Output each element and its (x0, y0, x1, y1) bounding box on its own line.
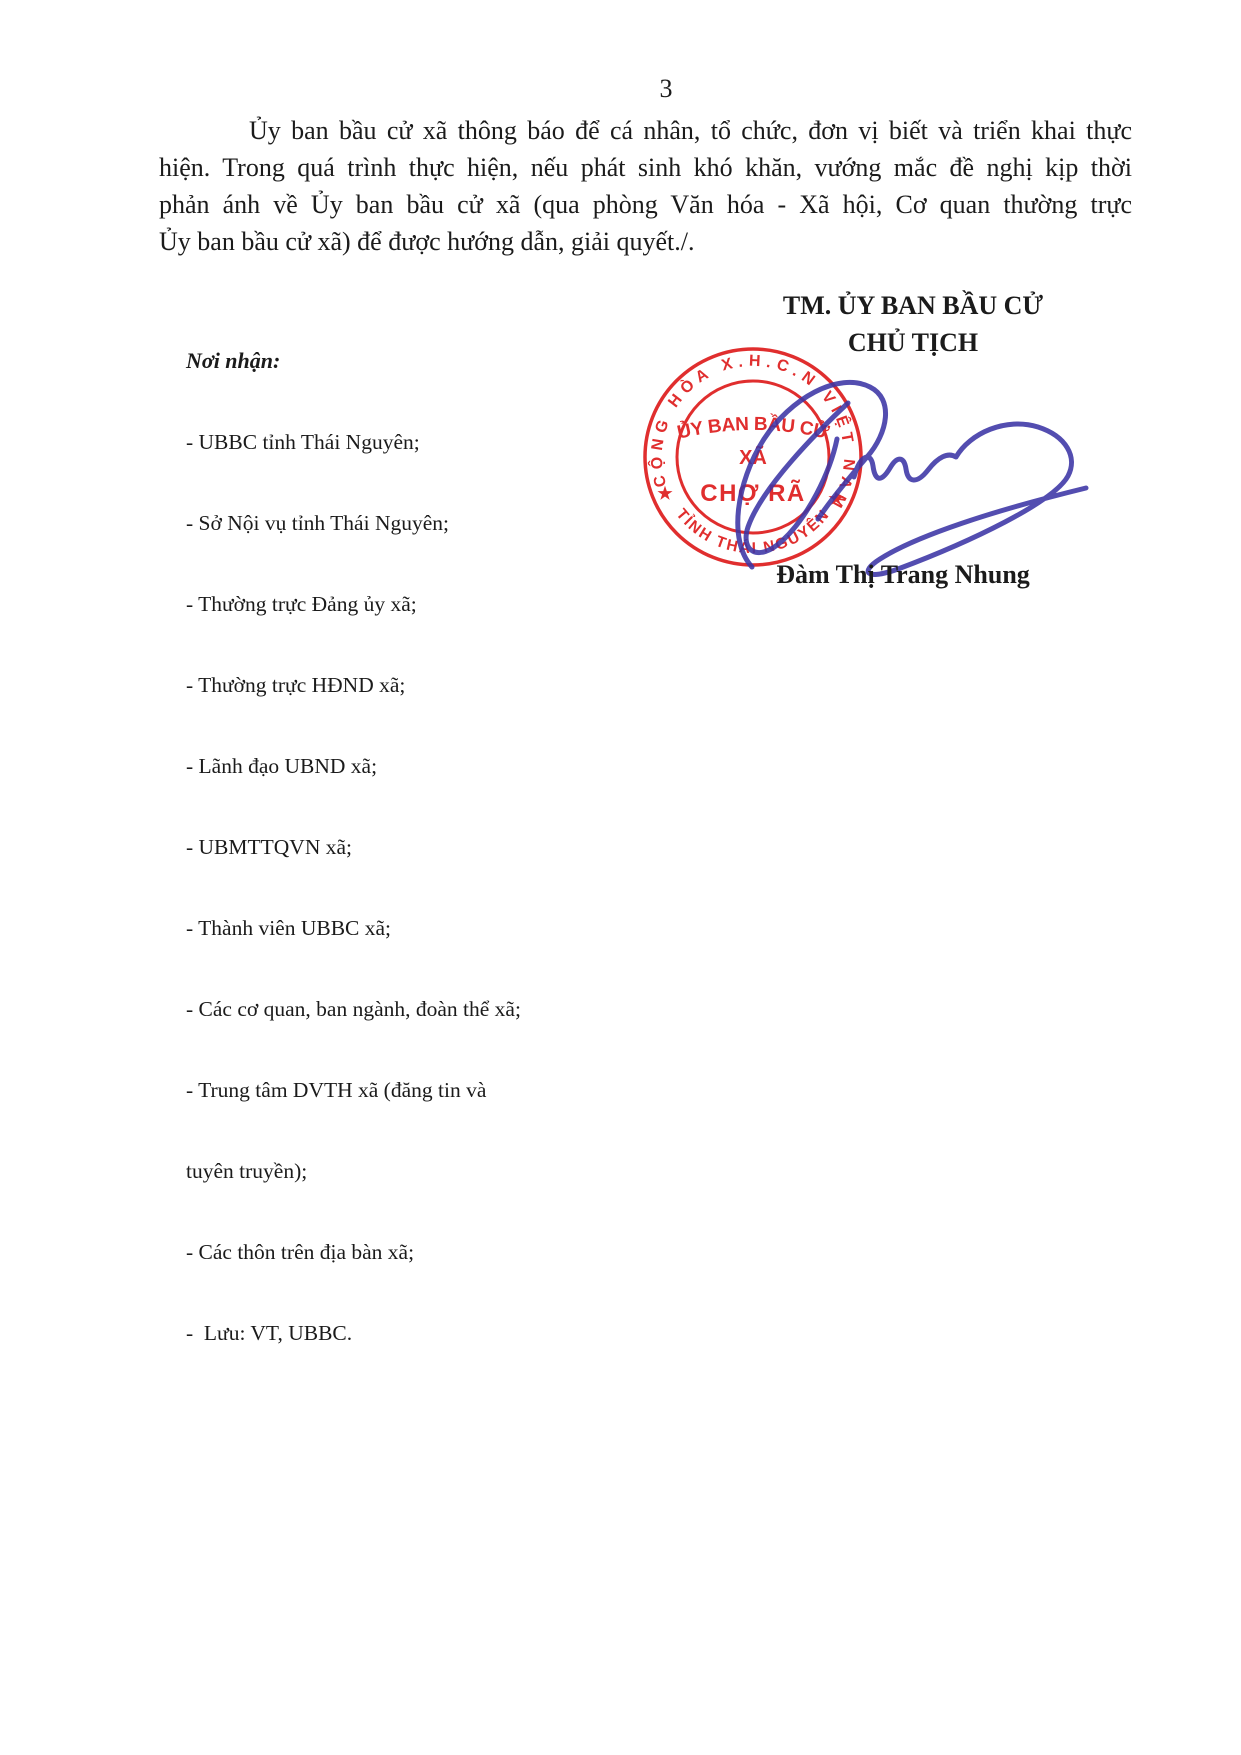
recipients-heading: Nơi nhận: (186, 346, 521, 375)
recipient-line: - UBMTTQVN xã; (186, 834, 521, 861)
signer-title: CHỦ TỊCH (758, 324, 1068, 361)
signature-heading-block: TM. ỦY BAN BẦU CỬ CHỦ TỊCH (758, 287, 1068, 361)
paragraph-line: hiện. Trong quá trình thực hiện, nếu phá… (159, 149, 1132, 186)
recipient-line: - UBBC tỉnh Thái Nguyên; (186, 429, 521, 456)
handwritten-signature (640, 335, 1090, 595)
paragraph-line: phản ánh về Ủy ban bầu cử xã (qua phòng … (159, 186, 1132, 223)
body-paragraph: Ủy ban bầu cử xã thông báo để cá nhân, t… (159, 112, 1132, 260)
recipient-line: - Các cơ quan, ban ngành, đoàn thể xã; (186, 996, 521, 1023)
paragraph-line: Ủy ban bầu cử xã) để được hướng dẫn, giả… (159, 223, 1132, 260)
recipients-block: Nơi nhận: - UBBC tỉnh Thái Nguyên; - Sở … (186, 292, 521, 1401)
signing-authority: TM. ỦY BAN BẦU CỬ (758, 287, 1068, 324)
recipient-line: - Lãnh đạo UBND xã; (186, 753, 521, 780)
recipient-line: - Thành viên UBBC xã; (186, 915, 521, 942)
recipient-line: - Thường trực HĐND xã; (186, 672, 521, 699)
signature-stroke (738, 382, 886, 567)
recipient-line: - Sở Nội vụ tỉnh Thái Nguyên; (186, 510, 521, 537)
page-number: 3 (616, 74, 716, 104)
recipient-line: - Lưu: VT, UBBC. (186, 1320, 521, 1347)
document-page: 3 Ủy ban bầu cử xã thông báo để cá nhân,… (0, 0, 1241, 1755)
signature-stroke (746, 403, 848, 553)
recipient-line: - Các thôn trên địa bàn xã; (186, 1239, 521, 1266)
signature-stroke (854, 424, 1086, 574)
recipient-line: - Trung tâm DVTH xã (đăng tin và (186, 1077, 521, 1104)
recipient-line: tuyên truyền); (186, 1158, 521, 1185)
signer-name: Đàm Thị Trang Nhung (753, 560, 1053, 590)
recipient-line: - Thường trực Đảng ủy xã; (186, 591, 521, 618)
paragraph-line: Ủy ban bầu cử xã thông báo để cá nhân, t… (159, 112, 1132, 149)
